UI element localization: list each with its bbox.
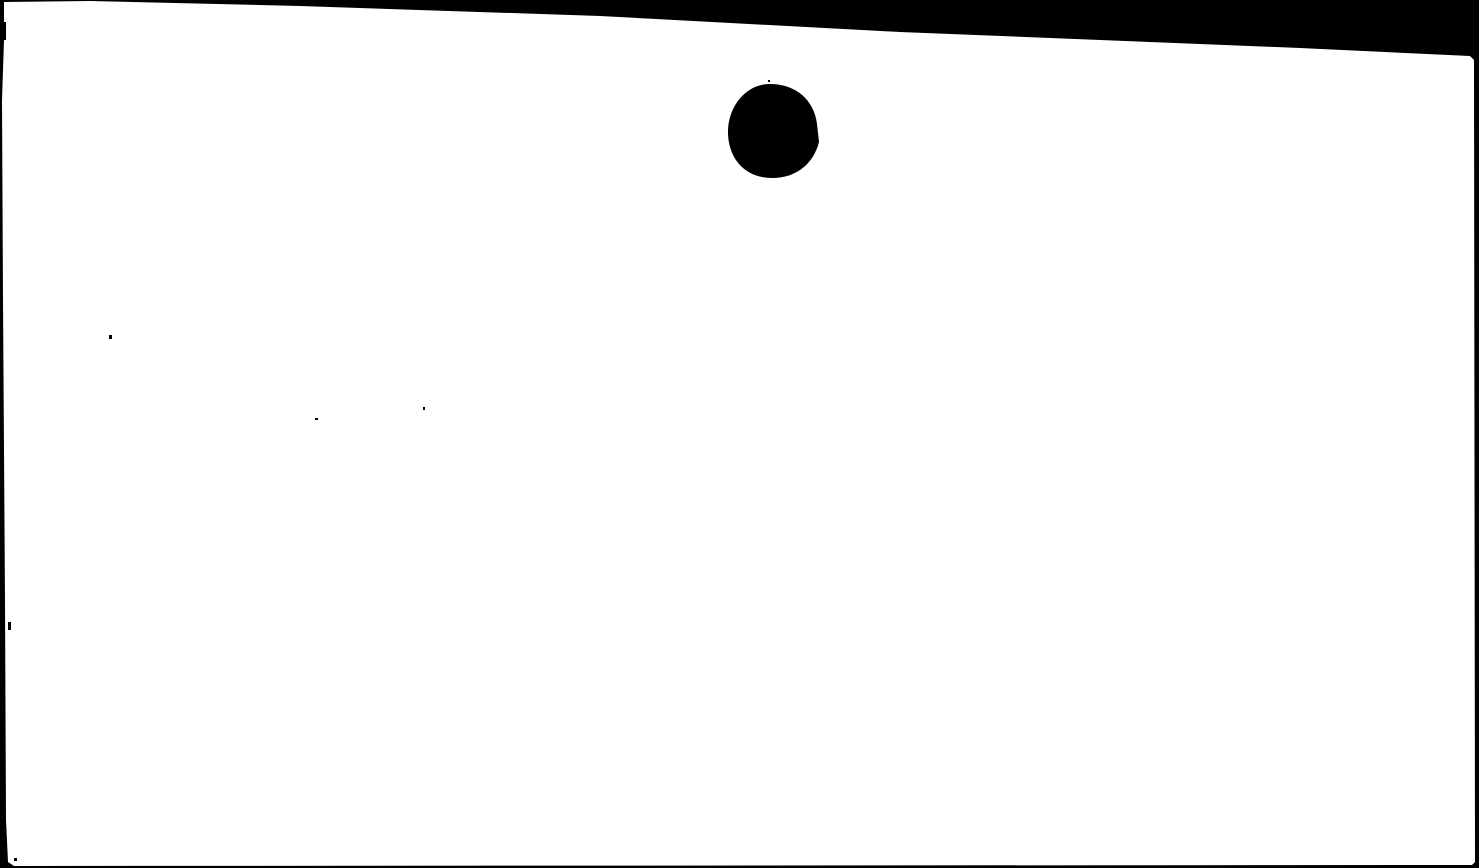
speck (423, 407, 425, 410)
speck (768, 80, 770, 82)
paper-card-illustration (0, 0, 1479, 868)
speck (109, 335, 112, 339)
speck (315, 418, 318, 420)
edge-mark (8, 622, 11, 630)
edge-mark (14, 858, 17, 861)
photo-scene: Binarized photo of a white paper card wi… (0, 0, 1479, 868)
hole-icon (728, 84, 819, 178)
edge-mark (2, 22, 6, 40)
